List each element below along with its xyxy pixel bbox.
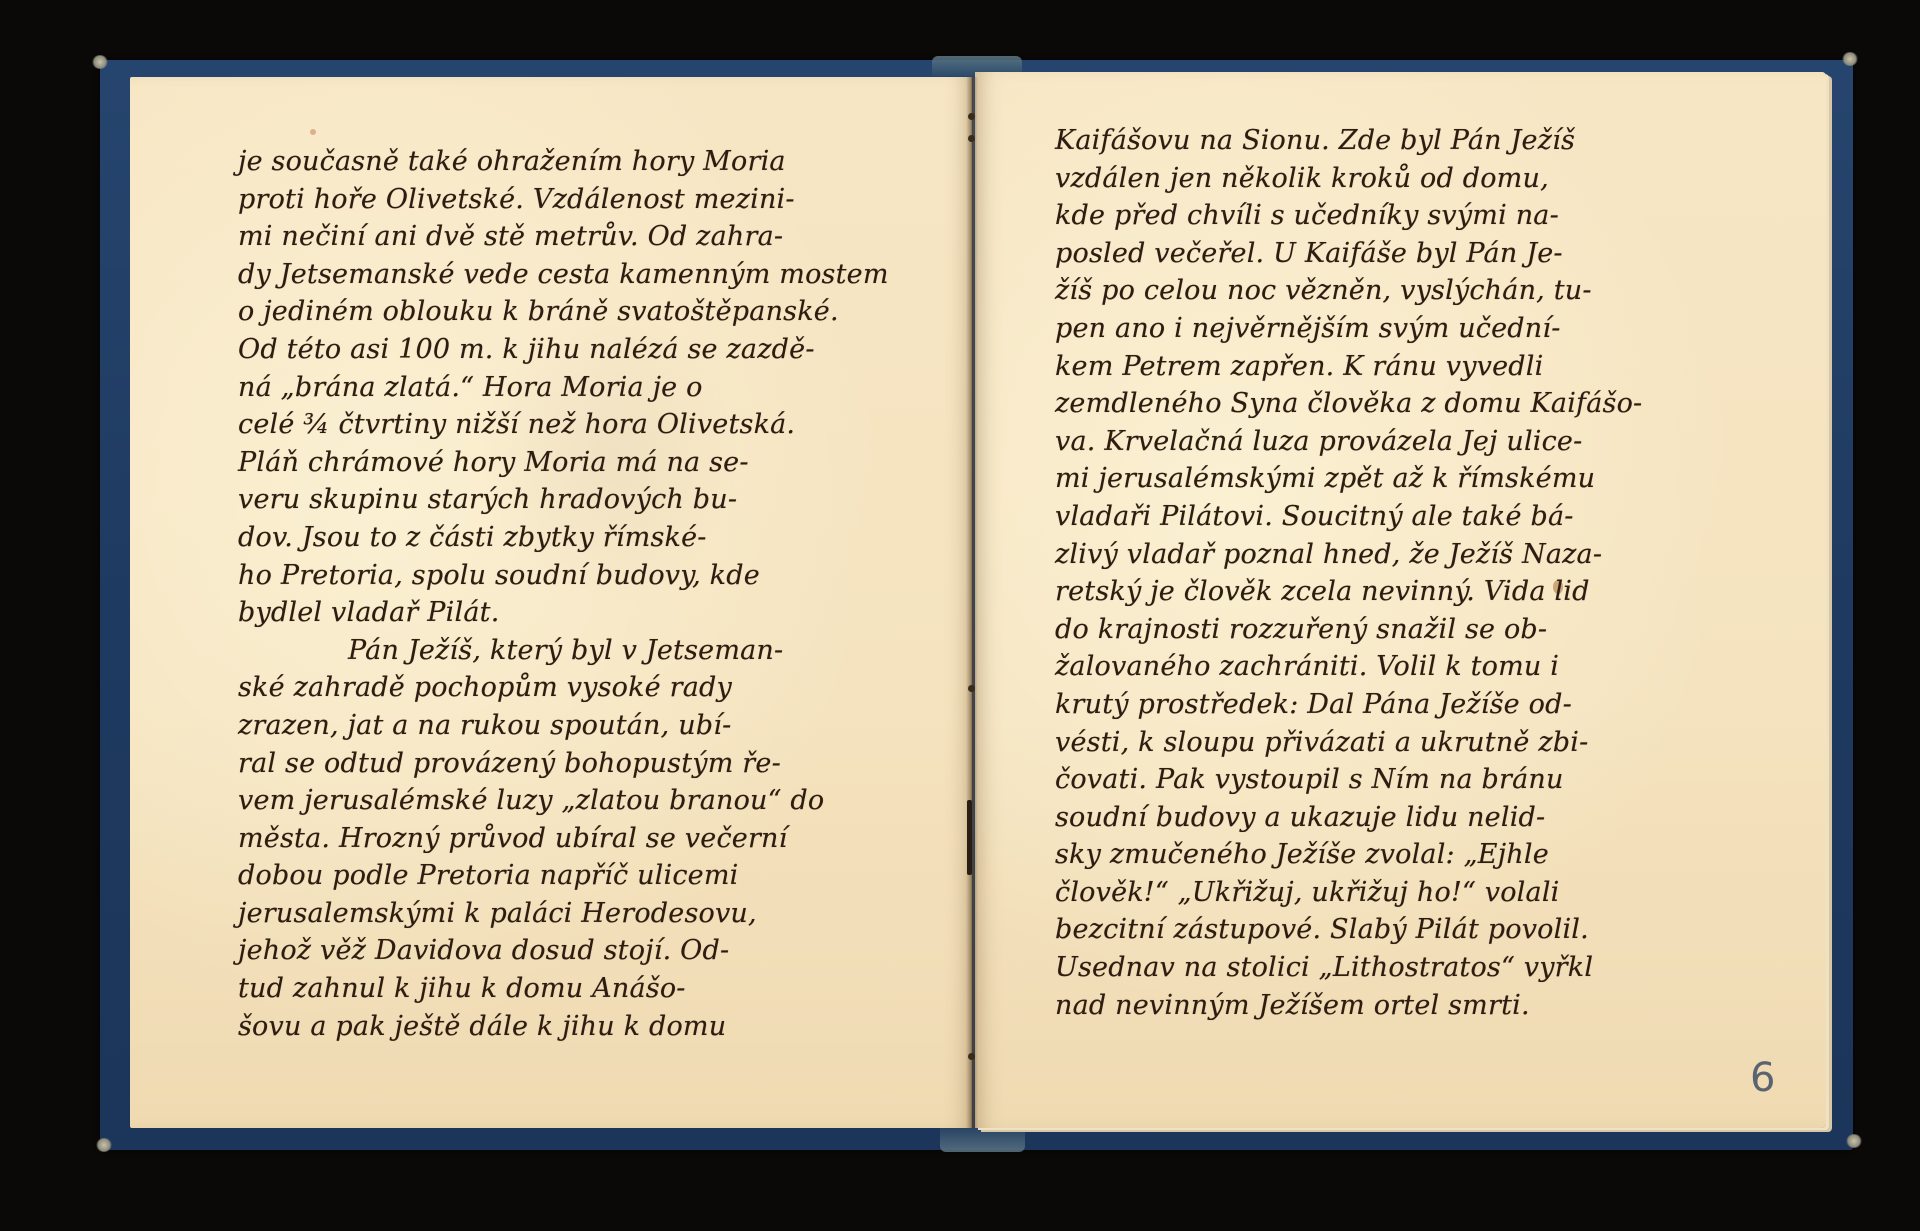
text-line: dy Jetsemanské vede cesta kamenným moste… bbox=[238, 256, 898, 294]
text-line: o jediném oblouku k bráně svatoštěpanské… bbox=[238, 293, 898, 331]
text-line: posled večeřel. U Kaifáše byl Pán Je- bbox=[1055, 235, 1735, 273]
text-line: va. Krvelačná luza provázela Jej ulice- bbox=[1055, 423, 1735, 461]
text-line: šovu a pak ještě dále k jihu k domu bbox=[238, 1008, 898, 1046]
cover-corner-wear bbox=[96, 1138, 112, 1152]
left-page: je současně také ohražením hory Moria pr… bbox=[130, 77, 972, 1128]
text-line: Od této asi 100 m. k jihu nalézá se zazd… bbox=[238, 331, 898, 369]
text-line: retský je člověk zcela nevinný. Vida lid bbox=[1055, 573, 1735, 611]
text-line: soudní budovy a ukazuje lidu nelid- bbox=[1055, 799, 1735, 837]
text-line: ho Pretoria, spolu soudní budovy, kde bbox=[238, 557, 898, 595]
text-line: člověk!“ „Ukřižuj, ukřižuj ho!“ volali bbox=[1055, 874, 1735, 912]
text-line: kde před chvíli s učedníky svými na- bbox=[1055, 197, 1735, 235]
text-line: zrazen, jat a na rukou spoután, ubí- bbox=[238, 707, 898, 745]
binding-stitch bbox=[968, 113, 975, 120]
text-line: vzdálen jen několik kroků od domu, bbox=[1055, 160, 1735, 198]
text-line: žíš po celou noc vězněn, vyslýchán, tu- bbox=[1055, 272, 1735, 310]
text-line: Usednav na stolici „Lithostratos“ vyřkl bbox=[1055, 949, 1735, 987]
right-page: Kaifášovu na Sionu. Zde byl Pán Ježíš vz… bbox=[975, 72, 1826, 1128]
text-line: Pláň chrámové hory Moria má na se- bbox=[238, 444, 898, 482]
spine-tailband bbox=[940, 1128, 1025, 1152]
binding-stitch bbox=[968, 685, 975, 692]
binding-stitch bbox=[968, 135, 975, 142]
cover-corner-wear bbox=[1842, 52, 1858, 66]
text-line: je současně také ohražením hory Moria bbox=[238, 143, 898, 181]
binding-thread bbox=[967, 800, 972, 875]
text-line: jerusalemskými k paláci Herodesovu, bbox=[238, 895, 898, 933]
text-line: pen ano i nejvěrnějším svým učední- bbox=[1055, 310, 1735, 348]
paper-stain bbox=[310, 129, 316, 135]
cover-corner-wear bbox=[92, 55, 108, 69]
text-line: kem Petrem zapřen. K ránu vyvedli bbox=[1055, 348, 1735, 386]
text-line: čovati. Pak vystoupil s Ním na bránu bbox=[1055, 761, 1735, 799]
text-line: do krajnosti rozzuřený snažil se ob- bbox=[1055, 611, 1735, 649]
text-line: zemdleného Syna člověka z domu Kaifášo- bbox=[1055, 385, 1735, 423]
text-line: bezcitní zástupové. Slabý Pilát povolil. bbox=[1055, 911, 1735, 949]
text-line: celé ¾ čtvrtiny nižší než hora Olivetská… bbox=[238, 406, 898, 444]
text-line: sky zmučeného Ježíše zvolal: „Ejhle bbox=[1055, 836, 1735, 874]
text-line: dobou podle Pretoria napříč ulicemi bbox=[238, 857, 898, 895]
text-line: ral se odtud provázený bohopustým ře- bbox=[238, 745, 898, 783]
text-line: vem jerusalémské luzy „zlatou branou“ do bbox=[238, 782, 898, 820]
left-page-text: je současně také ohražením hory Moria pr… bbox=[238, 143, 898, 1045]
cover-corner-wear bbox=[1846, 1134, 1862, 1148]
book-gutter bbox=[966, 77, 978, 1128]
text-line: veru skupinu starých hradových bu- bbox=[238, 481, 898, 519]
text-line: vladaři Pilátovi. Soucitný ale také bá- bbox=[1055, 498, 1735, 536]
paragraph-start-line: Pán Ježíš, který byl v Jetseman- bbox=[238, 632, 898, 670]
text-line: Kaifášovu na Sionu. Zde byl Pán Ježíš bbox=[1055, 122, 1735, 160]
page-number: 6 bbox=[1750, 1055, 1775, 1101]
text-line: bydlel vladař Pilát. bbox=[238, 594, 898, 632]
text-line: zlivý vladař poznal hned, že Ježíš Naza- bbox=[1055, 536, 1735, 574]
text-line: proti hoře Olivetské. Vzdálenost mezini- bbox=[238, 181, 898, 219]
text-line: tud zahnul k jihu k domu Anášo- bbox=[238, 970, 898, 1008]
right-page-text: Kaifášovu na Sionu. Zde byl Pán Ježíš vz… bbox=[1055, 122, 1735, 1024]
binding-stitch bbox=[968, 1053, 975, 1060]
text-line: mi nečiní ani dvě stě metrův. Od zahra- bbox=[238, 218, 898, 256]
text-line: jehož věž Davidova dosud stojí. Od- bbox=[238, 932, 898, 970]
text-line: vésti, k sloupu přivázati a ukrutně zbi- bbox=[1055, 724, 1735, 762]
text-line: města. Hrozný průvod ubíral se večerní bbox=[238, 820, 898, 858]
text-line: žalovaného zachrániti. Volil k tomu i bbox=[1055, 648, 1735, 686]
text-line: ské zahradě pochopům vysoké rady bbox=[238, 669, 898, 707]
text-line: ná „brána zlatá.“ Hora Moria je o bbox=[238, 369, 898, 407]
text-line: nad nevinným Ježíšem ortel smrti. bbox=[1055, 987, 1735, 1025]
text-line: mi jerusalémskými zpět až k římskému bbox=[1055, 460, 1735, 498]
text-line: dov. Jsou to z části zbytky římské- bbox=[238, 519, 898, 557]
text-line: krutý prostředek: Dal Pána Ježíše od- bbox=[1055, 686, 1735, 724]
